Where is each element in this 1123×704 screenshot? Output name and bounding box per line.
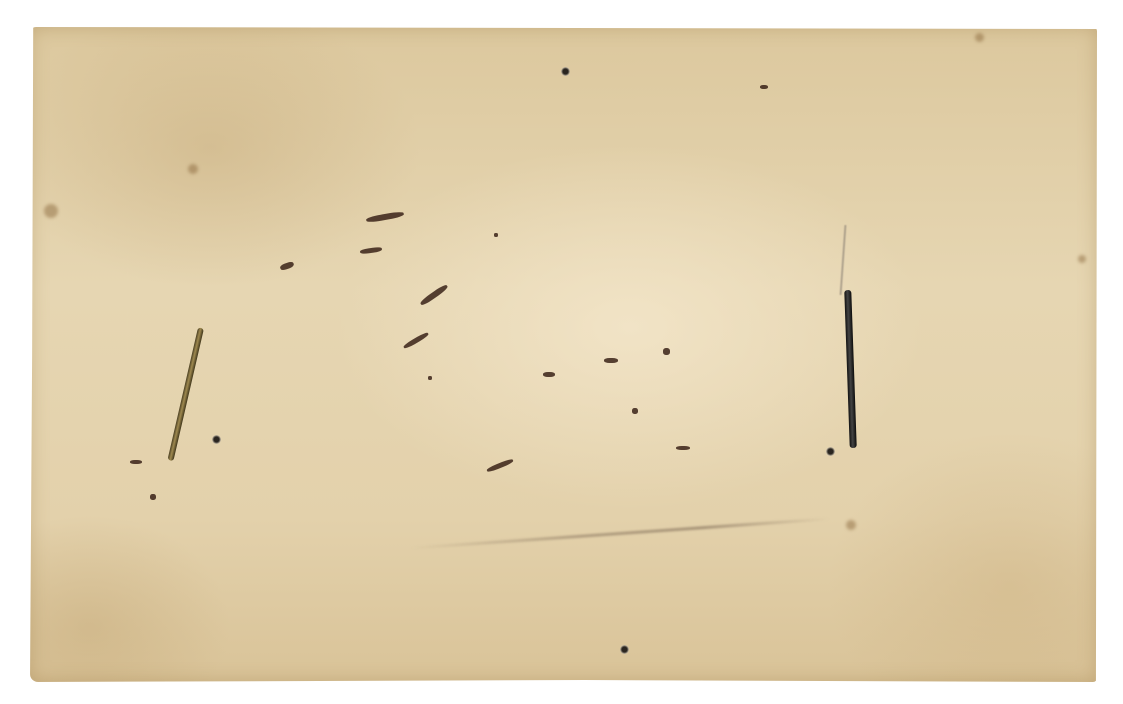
aged-paper-card <box>30 27 1097 682</box>
pin-hole <box>826 447 835 456</box>
ink-speck <box>663 348 670 355</box>
ink-speck <box>676 446 690 450</box>
ink-speck <box>632 408 638 414</box>
ink-speck <box>760 85 768 89</box>
stain-spot <box>846 520 856 530</box>
ink-speck <box>604 358 618 363</box>
stain-spot <box>188 164 198 174</box>
stain-spot <box>44 204 58 218</box>
ink-speck <box>428 376 432 380</box>
ink-speck <box>543 372 555 377</box>
ink-speck <box>150 494 156 500</box>
stain-spot <box>975 33 984 42</box>
stain-spot <box>1078 255 1086 263</box>
pin-hole <box>620 645 629 654</box>
pin-hole <box>212 435 221 444</box>
pin-hole <box>561 67 570 76</box>
paper-crease <box>410 517 829 549</box>
ink-speck <box>494 233 498 237</box>
ink-speck <box>130 460 142 464</box>
